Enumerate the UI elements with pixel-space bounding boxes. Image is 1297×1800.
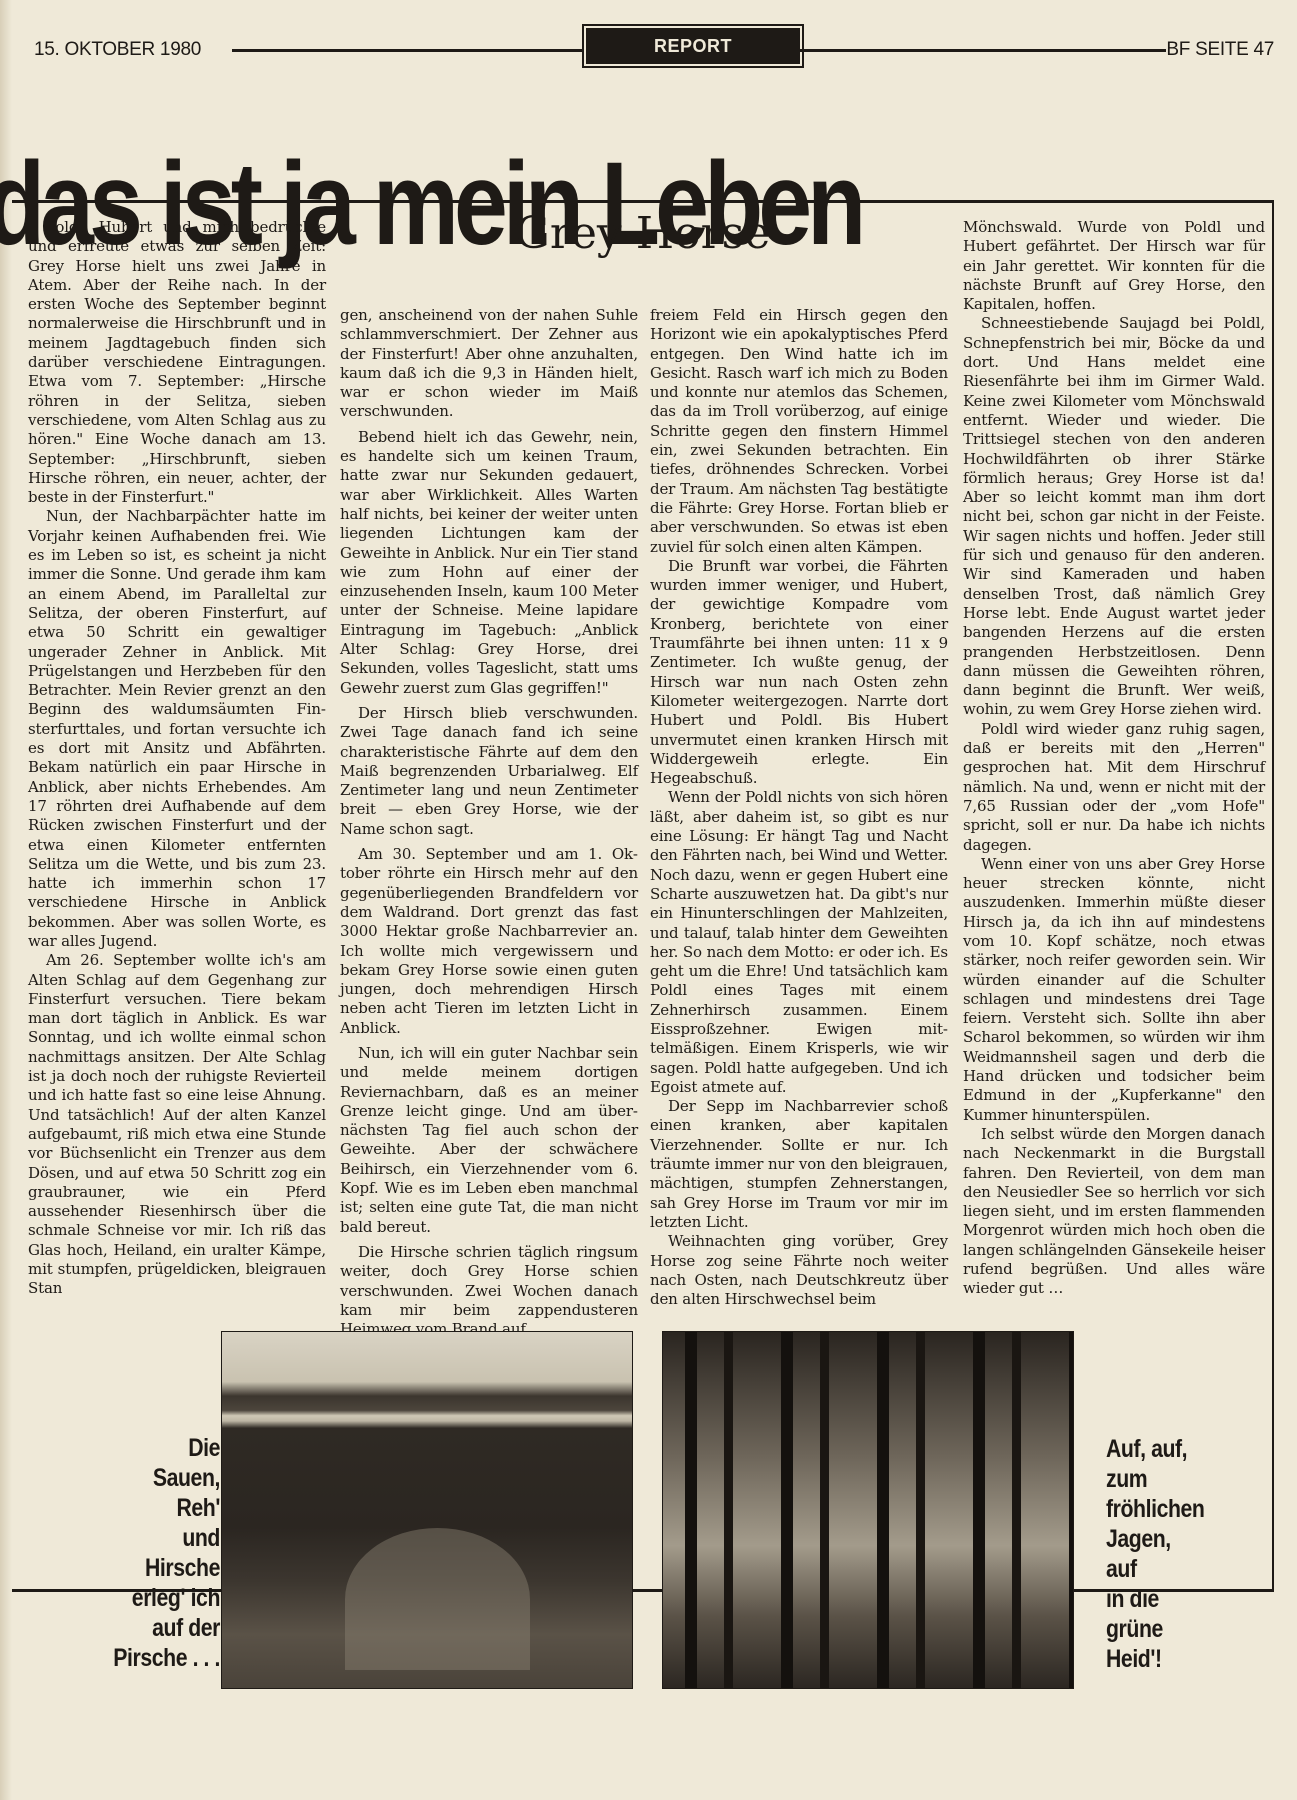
article-subtitle: Grey Horse [330, 212, 955, 256]
paragraph: gen, anscheinend von der nahen Suhle sch… [340, 306, 638, 422]
caption-line: Sauen, [93, 1463, 221, 1493]
header-rule-left [232, 49, 584, 52]
paragraph: Am 26. September wollte ich's am Alten S… [28, 951, 326, 1298]
paragraph: Nun, ich will ein guter Nachbar sein und… [340, 1044, 638, 1237]
caption-line: und [93, 1523, 221, 1553]
paragraph: Wenn einer von uns aber Grey Horse heuer… [963, 855, 1265, 1125]
header-rule-right [796, 49, 1166, 52]
caption-line: auf [1106, 1554, 1234, 1584]
paragraph: Am 30. September und am 1. Ok­tober röhr… [340, 845, 638, 1038]
caption-line: erleg' ich [93, 1583, 221, 1613]
paragraph: Die Hirsche schrien täglich rings­um wei… [340, 1243, 638, 1339]
paragraph: Wenn der Poldl nichts von sich hören läß… [650, 788, 948, 1097]
article-column-3: freiem Feld ein Hirsch gegen den Horizon… [650, 306, 948, 1309]
section-badge: REPORT [586, 28, 800, 64]
caption-line: Die [93, 1433, 221, 1463]
paragraph: Der Hirsch blieb verschwunden. Zwei Tage… [340, 704, 638, 839]
issue-date: 15. OKTOBER 1980 [34, 39, 201, 61]
caption-line: fröhlichen [1106, 1494, 1234, 1524]
paragraph: Schneestiebende Saujagd bei Poldl, Schne… [963, 314, 1265, 719]
paragraph: Bebend hielt ich das Gewehr, nein, es ha… [340, 428, 638, 698]
photo-forest-trees [662, 1331, 1074, 1689]
paragraph: Der Sepp im Nachbarrevier schoß einen kr… [650, 1097, 948, 1232]
paragraph: Poldl wird wieder ganz ruhig sa­gen, daß… [963, 720, 1265, 855]
article-column-4: Mönchswald. Wurde von Poldl und Hubert g… [963, 218, 1265, 1299]
paragraph: freiem Feld ein Hirsch gegen den Horizon… [650, 306, 948, 557]
caption-line: zum [1106, 1464, 1234, 1494]
article-column-2: gen, anscheinend von der nahen Suhle sch… [340, 306, 638, 1339]
caption-line: Pirsche . . . [93, 1643, 221, 1673]
paragraph: Poldl, Hubert und mich be­drückte und er… [28, 218, 326, 507]
photo-caption-left: Die Sauen, Reh' und Hirsche erleg' ich a… [93, 1433, 221, 1673]
caption-line: Jagen, [1106, 1524, 1234, 1554]
caption-line: auf der [93, 1613, 221, 1643]
paragraph: Nun, der Nachbarpächter hatte im Vorjahr… [28, 507, 326, 951]
caption-line: Hirsche [93, 1553, 221, 1583]
caption-line: Auf, auf, [1106, 1434, 1234, 1464]
photo-caption-right: Auf, auf, zum fröhlichen Jagen, auf in d… [1106, 1434, 1234, 1674]
paragraph: Mönchswald. Wurde von Poldl und Hubert g… [963, 218, 1265, 314]
photo-lake-landscape [221, 1331, 633, 1689]
paragraph: Ich selbst würde den Morgen da­nach nach… [963, 1125, 1265, 1299]
caption-line: in die [1106, 1584, 1234, 1614]
paragraph: Die Brunft war vorbei, die Fähr­ten wurd… [650, 557, 948, 789]
caption-line: grüne [1106, 1614, 1234, 1644]
caption-line: Heid'! [1106, 1644, 1234, 1674]
page-header: 15. OKTOBER 1980 REPORT BF SEITE 47 [34, 38, 1274, 60]
page-number: BF SEITE 47 [1166, 39, 1274, 61]
article-column-1: Poldl, Hubert und mich be­drückte und er… [28, 218, 326, 1299]
paragraph: Weihnachten ging vorüber, Grey Horse zog… [650, 1232, 948, 1309]
caption-line: Reh' [93, 1493, 221, 1523]
